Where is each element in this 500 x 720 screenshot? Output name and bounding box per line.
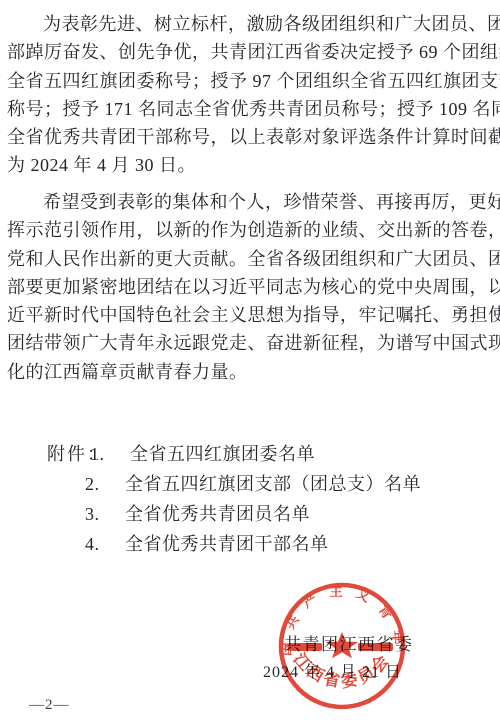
text-line: 部要更加紧密地团结在以习近平同志为核心的党中央周围，以习 <box>7 273 494 301</box>
attachment-title: 全省优秀共青团员名单 <box>125 504 310 524</box>
text-line: 团结带领广大青年永远跟党走、奋进新征程，为谱写中国式现代 <box>7 329 494 357</box>
text-line: 称号；授予 171 名同志全省优秀共青团员称号；授予 109 名同志 <box>7 95 494 123</box>
text-line: 为 2024 年 4 月 30 日。 <box>7 151 494 179</box>
text-line: 全省优秀共青团干部称号，以上表彰对象评选条件计算时间截止 <box>7 123 494 151</box>
attachment-number: 3. <box>85 503 120 525</box>
attachment-title: 全省五四红旗团委名单 <box>130 444 315 464</box>
page-number: —2— <box>29 697 70 714</box>
body-paragraph-2: 希望受到表彰的集体和个人，珍惜荣誉、再接再厉，更好发 挥示范引领作用，以新的作为… <box>7 188 494 386</box>
text-line: 全省五四红旗团委称号；授予 97 个团组织全省五四红旗团支部 <box>7 67 494 95</box>
seal-left-bar <box>288 643 322 651</box>
attachment-item: 4. 全省优秀共青团干部名单 <box>85 533 329 555</box>
attachment-number: 4. <box>85 533 120 555</box>
text-line: 希望受到表彰的集体和个人，珍惜荣誉、再接再厉，更好发 <box>7 188 494 216</box>
attachment-number: 1. <box>90 443 125 465</box>
body-paragraph-1: 为表彰先进、树立标杆，激励各级团组织和广大团员、团干 部踔厉奋发、创先争优，共青… <box>7 10 494 180</box>
star-icon <box>326 632 358 658</box>
attachment-item: 2. 全省五四红旗团支部（团总支）名单 <box>85 473 421 495</box>
text-line: 化的江西篇章贡献青春力量。 <box>7 358 494 386</box>
attachment-label: 附件： <box>47 443 85 465</box>
attachment-title: 全省五四红旗团支部（团总支）名单 <box>125 474 421 494</box>
attachment-item: 3. 全省优秀共青团员名单 <box>85 503 310 525</box>
attachment-number: 2. <box>85 473 120 495</box>
text-line: 为表彰先进、树立标杆，激励各级团组织和广大团员、团干 <box>7 10 494 38</box>
official-seal: 中国共产主义青年团 江西省委员会 <box>275 579 409 713</box>
text-line: 近平新时代中国特色社会主义思想为指导，牢记嘱托、勇担使命， <box>7 301 494 329</box>
text-line: 党和人民作出新的更大贡献。全省各级团组织和广大团员、团干 <box>7 245 494 273</box>
text-line: 挥示范引领作用，以新的作为创造新的业绩、交出新的答卷，为 <box>7 216 494 244</box>
document-page: 为表彰先进、树立标杆，激励各级团组织和广大团员、团干 部踔厉奋发、创先争优，共青… <box>0 0 500 720</box>
text-line: 部踔厉奋发、创先争优，共青团江西省委决定授予 69 个团组织 <box>7 38 494 66</box>
seal-right-bar <box>358 643 393 651</box>
seal-arc-textpath: 江西省委员会 <box>290 649 395 692</box>
attachment-title: 全省优秀共青团干部名单 <box>125 534 329 554</box>
seal-arc-text: 江西省委员会 <box>290 649 395 692</box>
attachment-item: 附件： 1. 全省五四红旗团委名单 <box>47 443 315 465</box>
